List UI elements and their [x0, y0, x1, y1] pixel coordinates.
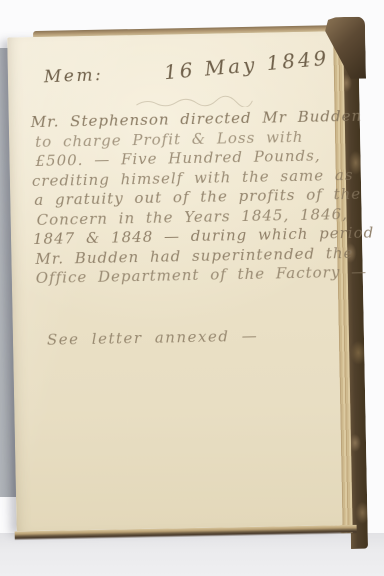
handwritten-paragraph: Mr. Stephenson directed Mr Budden to cha… [29, 107, 336, 288]
ledger-book: Mem: 16 May 1849 Mr. Stephenson directed… [0, 0, 384, 576]
manuscript-page: Mem: 16 May 1849 Mr. Stephenson directed… [7, 31, 342, 531]
memo-header: Mem: 16 May 1849 [44, 53, 325, 98]
memo-heading: Mem: [44, 65, 104, 87]
photo-of-ledger-page: Mem: 16 May 1849 Mr. Stephenson directed… [0, 0, 384, 576]
closing-note: See letter annexed — [47, 327, 259, 349]
faint-pencil-note [134, 95, 254, 109]
memo-date: 16 May 1849 [163, 46, 330, 85]
